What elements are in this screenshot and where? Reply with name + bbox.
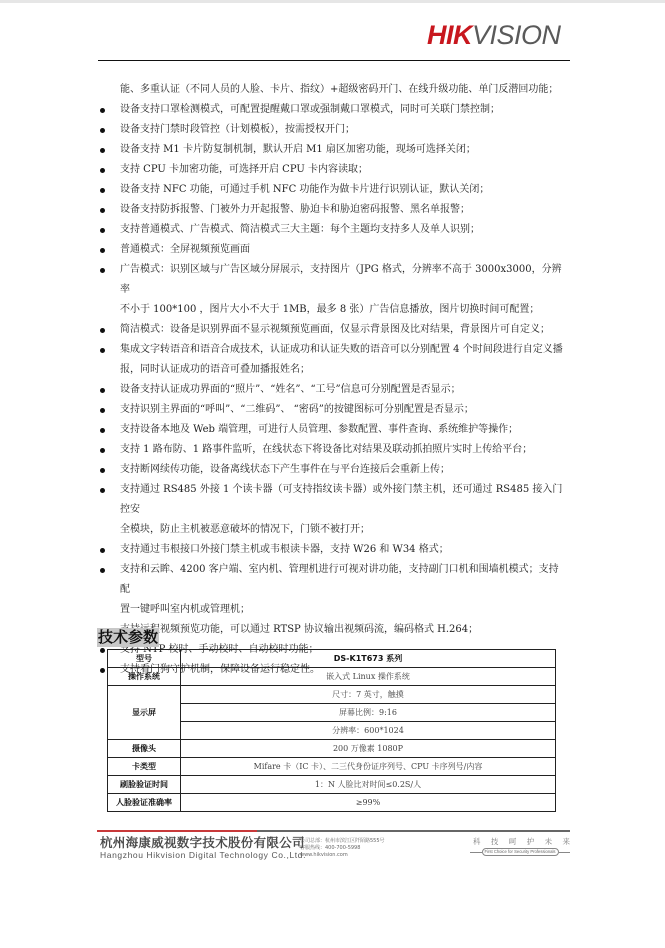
bullet-icon — [100, 568, 105, 573]
logo-hik-text: HIK — [427, 20, 472, 50]
feature-text: 支持通过韦根接口外接门禁主机或韦根读卡器，支持 W26 和 W34 格式； — [120, 544, 449, 555]
slogan-char: 来 — [562, 837, 570, 846]
feature-item: 支持通过韦根接口外接门禁主机或韦根读卡器，支持 W26 和 W34 格式； — [97, 540, 567, 560]
bullet-icon — [100, 208, 105, 213]
section-title-specs: 技术参数 — [97, 628, 159, 647]
feature-item: 设备支持 NFC 功能，可通过手机 NFC 功能作为做卡片进行识别认证，默认关闭… — [97, 180, 567, 200]
feature-text: 设备支持 M1 卡片防复制机制，默认开启 M1 扇区加密功能，现场可选择关闭； — [120, 144, 476, 155]
feature-text: 支持断网续传功能，设备离线状态下产生事件在与平台连接后会重新上传； — [120, 464, 450, 475]
bullet-icon — [100, 668, 105, 673]
slogan-char: 呵 — [509, 837, 517, 846]
feature-item: 支持普通模式、广告模式、简洁模式三大主题：每个主题均支持多人及单人识别； — [97, 220, 567, 240]
feature-text: 支持和云眸、4200 客户端、室内机、管理机进行可视对讲功能，支持副门口机和围墙… — [120, 564, 559, 595]
spec-table: 型号 DS-K1T673 系列 操作系统 嵌入式 Linux 操作系统 显示屏 … — [107, 649, 556, 812]
company-address: 公司总部：杭州市滨江区阡陌路555号 — [300, 838, 385, 845]
bullet-icon — [100, 648, 105, 653]
spec-label: 型号 — [108, 650, 181, 668]
spec-label: 操作系统 — [108, 668, 181, 686]
feature-item: 设备支持 M1 卡片防复制机制，默认开启 M1 扇区加密功能，现场可选择关闭； — [97, 140, 567, 160]
bullet-icon — [100, 108, 105, 113]
feature-text: 支持设备本地及 Web 端管理，可进行人员管理、参数配置、事件查询、系统维护等操… — [120, 424, 518, 435]
feature-item: 支持和云眸、4200 客户端、室内机、管理机进行可视对讲功能，支持副门口机和围墙… — [97, 560, 567, 600]
bullet-icon — [100, 328, 105, 333]
slogan-char: 护 — [527, 837, 535, 846]
feature-item: 支持远程视频预览功能，可以通过 RTSP 协议输出视频码流，编码格式 H.264… — [97, 620, 567, 640]
spec-label: 人脸验证准确率 — [108, 794, 181, 812]
spec-value: 嵌入式 Linux 操作系统 — [181, 668, 556, 686]
slogan-line-right — [559, 852, 571, 853]
bullet-icon — [100, 268, 105, 273]
spec-row-face-accuracy: 人脸验证准确率 ≥99% — [108, 794, 556, 812]
bullet-icon — [100, 168, 105, 173]
spec-label: 卡类型 — [108, 758, 181, 776]
spec-row-model: 型号 DS-K1T673 系列 — [108, 650, 556, 668]
bullet-icon — [100, 448, 105, 453]
feature-text: 支持普通模式、广告模式、简洁模式三大主题：每个主题均支持多人及单人识别； — [120, 224, 480, 235]
bullet-icon — [100, 468, 105, 473]
spec-value: 尺寸：7 英寸，触摸 — [181, 686, 556, 704]
feature-text: 设备支持认证成功界面的“照片”、“姓名”、“工号”信息可分别配置是否显示； — [120, 384, 461, 395]
slogan-char: 科 — [473, 837, 481, 846]
company-name-en: Hangzhou Hikvision Digital Technology Co… — [100, 850, 306, 860]
spec-value: 200 万像素 1080P — [181, 740, 556, 758]
feature-text: 简洁模式：设备是识别界面不显示视频预览画面，仅显示背景图及比对结果，背景图片可自… — [120, 324, 550, 335]
bullet-icon — [100, 488, 105, 493]
spec-label: 刷脸验证时间 — [108, 776, 181, 794]
feature-text: 集成文字转语音和语音合成技术，认证成功和认证失败的语音可以分别配置 4 个时间段… — [120, 344, 563, 355]
footer-red-bar — [97, 830, 257, 832]
slogan-en-text: First Choice for Security Professionals — [482, 848, 559, 856]
spec-value: DS-K1T673 系列 — [181, 650, 556, 668]
spec-row-display: 显示屏 尺寸：7 英寸，触摸 — [108, 686, 556, 704]
website-link[interactable]: www.hikvision.com — [300, 852, 385, 859]
feature-item: 广告模式：识别区域与广告区域分屏展示，支持图片（JPG 格式，分辨率不高于 30… — [97, 260, 567, 300]
slogan-char: 技 — [491, 837, 499, 846]
spec-label: 显示屏 — [108, 686, 181, 740]
bullet-icon — [100, 128, 105, 133]
feature-text: 设备支持口罩检测模式，可配置提醒戴口罩或强制戴口罩模式，同时可关联门禁控制； — [120, 104, 500, 115]
spec-value: 1：N 人脸比对时间≤0.2S/人 — [181, 776, 556, 794]
feature-item: 设备支持门禁时段管控（计划模板），按需授权开门； — [97, 120, 567, 140]
feature-text: 支持识别主界面的“呼叫”、“二维码”、 “密码”的按键图标可分别配置是否显示； — [120, 404, 474, 415]
feature-item: 普通模式：全屏视频预览画面 — [97, 240, 567, 260]
spec-value: ≥99% — [181, 794, 556, 812]
spec-value: Mifare 卡（IC 卡）、二三代身份证序列号、CPU 卡序列号/内容 — [181, 758, 556, 776]
feature-item: 支持识别主界面的“呼叫”、“二维码”、 “密码”的按键图标可分别配置是否显示； — [97, 400, 567, 420]
hikvision-logo: HIKVISION — [427, 20, 561, 50]
feature-item: 支持断网续传功能，设备离线状态下产生事件在与平台连接后会重新上传； — [97, 460, 567, 480]
bullet-icon — [100, 148, 105, 153]
contact-info: 公司总部：杭州市滨江区阡陌路555号 客服热线：400-700-5998 www… — [300, 838, 385, 859]
feature-text: 支持 CPU 卡加密功能，可选择开启 CPU 卡内容读取； — [120, 164, 368, 175]
feature-text: 支持通过 RS485 外接 1 个读卡器（可支持指纹读卡器）或外接门禁主机，还可… — [120, 484, 562, 515]
feature-continuation: 能、多重认证（不同人员的人脸、卡片、指纹）+超级密码开门、在线升级功能、单门反潜… — [97, 80, 567, 100]
bullet-icon — [100, 228, 105, 233]
feature-text: 设备支持 NFC 功能，可通过手机 NFC 功能作为做卡片进行识别认证，默认关闭… — [120, 184, 489, 195]
slogan-line-left — [470, 852, 482, 853]
slogan-en: First Choice for Security Professionals — [470, 848, 570, 856]
slogan-char: 未 — [545, 837, 553, 846]
feature-text: 普通模式：全屏视频预览画面 — [120, 244, 250, 255]
bullet-icon — [100, 388, 105, 393]
bullet-icon — [100, 408, 105, 413]
bullet-icon — [100, 348, 105, 353]
feature-text: 设备支持防拆报警、门被外力开起报警、胁迫卡和胁迫密码报警、黑名单报警； — [120, 204, 470, 215]
logo-vision-text: VISION — [472, 20, 561, 50]
feature-item: 设备支持认证成功界面的“照片”、“姓名”、“工号”信息可分别配置是否显示； — [97, 380, 567, 400]
footer-gray-bar — [257, 830, 570, 832]
bullet-icon — [100, 188, 105, 193]
feature-text-continuation: 不小于 100*100 ，图片大小不大于 1MB，最多 8 张）广告信息播放，图… — [97, 300, 567, 320]
feature-item: 支持 1 路布防、1 路事件监听，在线状态下将设备比对结果及联动抓拍照片实时上传… — [97, 440, 567, 460]
feature-item: 简洁模式：设备是识别界面不显示视频预览画面，仅显示背景图及比对结果，背景图片可自… — [97, 320, 567, 340]
feature-item: 设备支持口罩检测模式，可配置提醒戴口罩或强制戴口罩模式，同时可关联门禁控制； — [97, 100, 567, 120]
feature-item: 支持设备本地及 Web 端管理，可进行人员管理、参数配置、事件查询、系统维护等操… — [97, 420, 567, 440]
feature-list: 能、多重认证（不同人员的人脸、卡片、指纹）+超级密码开门、在线升级功能、单门反潜… — [97, 80, 567, 680]
feature-text-continuation: 报，同时认证成功的语音可叠加播报姓名； — [97, 360, 567, 380]
feature-text: 设备支持门禁时段管控（计划模板），按需授权开门； — [120, 124, 355, 135]
slogan-cn: 科 技 呵 护 未 来 — [473, 837, 570, 846]
spec-value: 分辨率：600*1024 — [181, 722, 556, 740]
spec-row-card-type: 卡类型 Mifare 卡（IC 卡）、二三代身份证序列号、CPU 卡序列号/内容 — [108, 758, 556, 776]
bullet-icon — [100, 548, 105, 553]
feature-text: 广告模式：识别区域与广告区域分屏展示，支持图片（JPG 格式，分辨率不高于 30… — [120, 264, 562, 295]
spec-row-os: 操作系统 嵌入式 Linux 操作系统 — [108, 668, 556, 686]
bullet-icon — [100, 428, 105, 433]
service-hotline: 客服热线：400-700-5998 — [300, 845, 385, 852]
header-divider — [98, 60, 570, 61]
spec-label: 摄像头 — [108, 740, 181, 758]
feature-text-continuation: 全模块，防止主机被恶意破坏的情况下，门锁不被打开； — [97, 520, 567, 540]
bullet-icon — [100, 248, 105, 253]
feature-text: 支持 1 路布防、1 路事件监听，在线状态下将设备比对结果及联动抓拍照片实时上传… — [120, 444, 532, 455]
feature-item: 支持通过 RS485 外接 1 个读卡器（可支持指纹读卡器）或外接门禁主机，还可… — [97, 480, 567, 520]
spec-value: 屏幕比例：9:16 — [181, 704, 556, 722]
spec-row-camera: 摄像头 200 万像素 1080P — [108, 740, 556, 758]
feature-item: 设备支持防拆报警、门被外力开起报警、胁迫卡和胁迫密码报警、黑名单报警； — [97, 200, 567, 220]
feature-text: 支持远程视频预览功能，可以通过 RTSP 协议输出视频码流，编码格式 H.264… — [120, 624, 478, 635]
feature-item: 集成文字转语音和语音合成技术，认证成功和认证失败的语音可以分别配置 4 个时间段… — [97, 340, 567, 360]
feature-item: 支持 CPU 卡加密功能，可选择开启 CPU 卡内容读取； — [97, 160, 567, 180]
company-name-cn: 杭州海康威视数字技术股份有限公司 — [100, 836, 305, 850]
page-top-edge — [0, 0, 665, 3]
feature-text-continuation: 置一键呼叫室内机或管理机； — [97, 600, 567, 620]
spec-row-face-time: 刷脸验证时间 1：N 人脸比对时间≤0.2S/人 — [108, 776, 556, 794]
